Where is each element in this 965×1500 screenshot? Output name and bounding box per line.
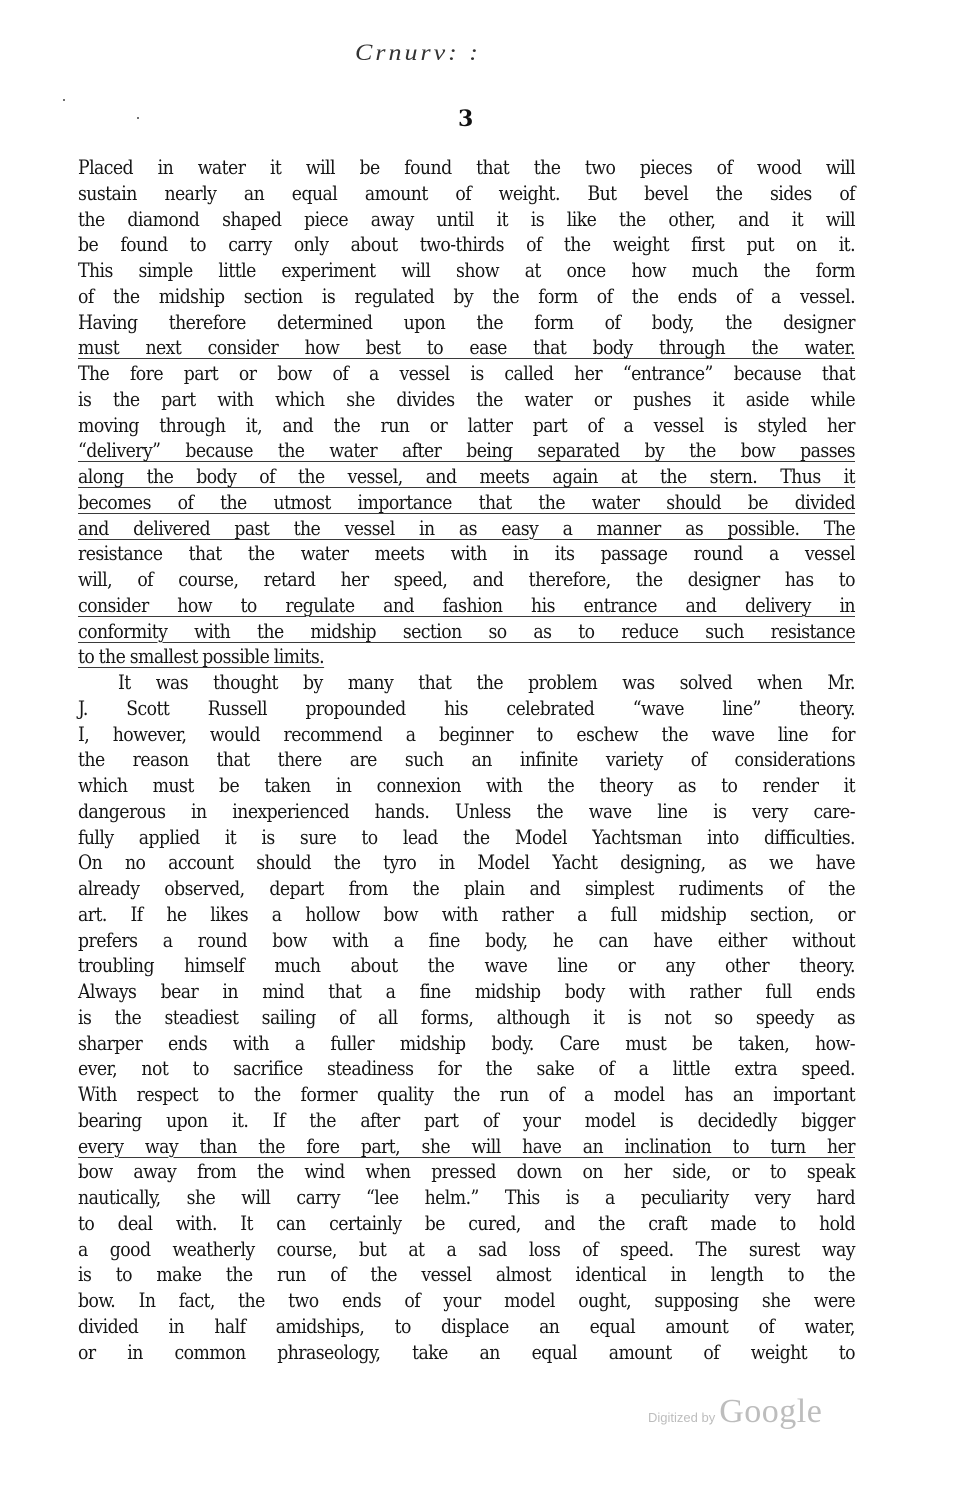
text-line: dangerous in inexperienced hands. Unless… [78, 799, 855, 825]
text-line: bow. In fact, the two ends of your model… [78, 1288, 855, 1314]
text-line-underlined: along the body of the vessel, and meets … [78, 464, 855, 490]
text-line: is the part with which she divides the w… [78, 387, 855, 413]
text-line: to deal with. It can certainly be cured,… [78, 1211, 855, 1237]
text-line: The fore part or bow of a vessel is call… [78, 361, 855, 387]
text-line: the reason that there are such an infini… [78, 747, 855, 773]
text-line-underlined: every way than the fore part, she will h… [78, 1134, 855, 1160]
text-line: moving through it, and the run or latter… [78, 413, 855, 439]
text-line: bearing upon it. If the after part of yo… [78, 1108, 855, 1134]
text-line: a good weatherly course, but at a sad lo… [78, 1237, 855, 1263]
text-line: bow away from the wind when pressed down… [78, 1159, 855, 1185]
text-line-underlined: and delivered past the vessel in as easy… [78, 516, 855, 542]
text-line-underlined: becomes of the utmost importance that th… [78, 490, 855, 516]
paragraph-start-line: It was thought by many that the problem … [78, 670, 855, 696]
text-line-underlined: “delivery” because the water after being… [78, 438, 855, 464]
text-line: This simple little experiment will show … [78, 258, 855, 284]
ink-speck [63, 99, 65, 101]
text-line: is to make the run of the vessel almost … [78, 1262, 855, 1288]
text-line: Always bear in mind that a fine midship … [78, 979, 855, 1005]
text-line: Placed in water it will be found that th… [78, 155, 855, 181]
text-line-underlined: consider how to regulate and fashion his… [78, 593, 855, 619]
page-number: 3 [458, 106, 473, 132]
google-logo-text: Google [719, 1393, 822, 1431]
text-line: Having therefore determined upon the for… [78, 310, 855, 336]
handwritten-annotation: Crnurv: : [355, 40, 481, 67]
text-line: art. If he likes a hollow bow with rathe… [78, 902, 855, 928]
text-line: resistance that the water meets with in … [78, 541, 855, 567]
text-line: the diamond shaped piece away until it i… [78, 207, 855, 233]
text-line-underlined: conformity with the midship section so a… [78, 619, 855, 645]
text-line: sharper ends with a fuller midship body.… [78, 1031, 855, 1057]
text-line: or in common phraseology, take an equal … [78, 1340, 855, 1366]
text-line: nautically, she will carry “lee helm.” T… [78, 1185, 855, 1211]
text-line: I, however, would recommend a beginner t… [78, 722, 855, 748]
text-line: will, of course, retard her speed, and t… [78, 567, 855, 593]
text-line: J. Scott Russell propounded his celebrat… [78, 696, 855, 722]
text-line: divided in half amidships, to displace a… [78, 1314, 855, 1340]
text-line: fully applied it is sure to lead the Mod… [78, 825, 855, 851]
ink-speck [137, 117, 139, 119]
text-line: already observed, depart from the plain … [78, 876, 855, 902]
text-line: which must be taken in connexion with th… [78, 773, 855, 799]
digitized-by-google-watermark: Digitized by Google [648, 1393, 822, 1431]
text-line: troubling himself much about the wave li… [78, 953, 855, 979]
text-line: prefers a round bow with a fine body, he… [78, 928, 855, 954]
watermark-prefix: Digitized by [648, 1410, 715, 1425]
body-text: Placed in water it will be found that th… [78, 155, 855, 1365]
text-line: sustain nearly an equal amount of weight… [78, 181, 855, 207]
text-line-underlined: to the smallest possible limits. [78, 644, 855, 670]
text-line: of the midship section is regulated by t… [78, 284, 855, 310]
text-line: ever, not to sacrifice steadiness for th… [78, 1056, 855, 1082]
text-line: is the steadiest sailing of all forms, a… [78, 1005, 855, 1031]
text-line: On no account should the tyro in Model Y… [78, 850, 855, 876]
text-line: With respect to the former quality the r… [78, 1082, 855, 1108]
text-line-underlined: must next consider how best to ease that… [78, 335, 855, 361]
text-line: be found to carry only about two-thirds … [78, 232, 855, 258]
